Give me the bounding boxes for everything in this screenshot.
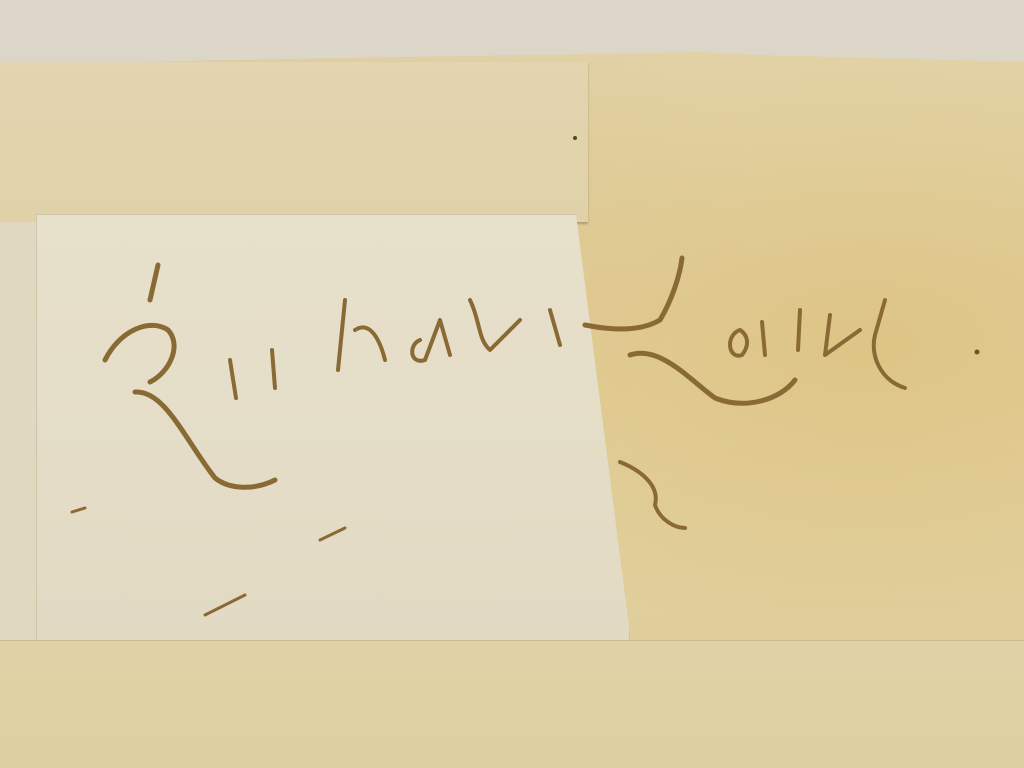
ink-dash: [72, 508, 345, 615]
ink-mark-lower: [620, 462, 685, 528]
signature-letters-ichard: [230, 300, 560, 398]
ink-dot: [573, 136, 577, 140]
signature-letters-owe: [730, 300, 905, 388]
ink-dot: [975, 350, 980, 355]
signature-letter-R: [105, 265, 275, 487]
handwritten-signature: [0, 0, 1024, 768]
